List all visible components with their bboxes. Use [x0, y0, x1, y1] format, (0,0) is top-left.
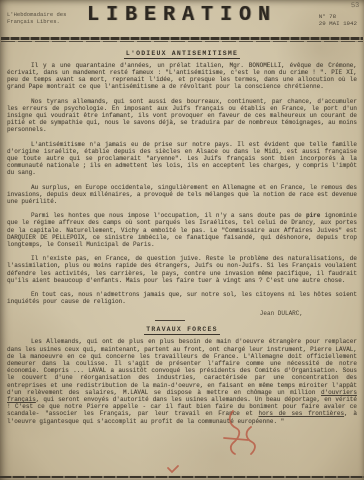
issue-number: N° 78 — [319, 13, 357, 20]
bottom-rule — [0, 476, 364, 478]
paragraph: Au surplus, en Europe occidentale, singu… — [7, 184, 357, 206]
paragraph: L'antisémitisme n'a jamais eu de prise s… — [7, 141, 357, 177]
issue-date: 29 MAI 1942 — [319, 20, 357, 27]
paragraph: Il y a une quarantaine d'années, un prél… — [7, 62, 357, 91]
paragraph: Nos tyrans allemands, qui sont aussi des… — [7, 98, 357, 134]
article-heading-antisemitisme: L'ODIEUX ANTISEMITISME — [7, 50, 357, 57]
rule-thick — [1, 37, 363, 40]
author-signature: Jean DULARC, — [7, 310, 357, 317]
issue-info: N° 78 29 MAI 1942 — [319, 4, 357, 27]
paragraph: En tout cas, nous n'admettrons jamais qu… — [7, 291, 357, 305]
article-heading-travaux: TRAVAUX FORCES — [7, 326, 357, 333]
paragraph: Les Allemands, qui ont de plus en plus b… — [7, 338, 357, 424]
paragraph: Parmi les hontes que nous impose l'occup… — [7, 212, 357, 248]
page-content: L'ODIEUX ANTISEMITISME Il y a une quaran… — [0, 42, 364, 425]
section-divider — [155, 320, 185, 321]
newspaper-page: 53 L'Hebdomadaire des Français Libres. L… — [0, 0, 364, 480]
masthead: L'Hebdomadaire des Français Libres. LIBE… — [0, 0, 364, 37]
paragraph: Il n'existe pas, en France, de question … — [7, 255, 357, 284]
newspaper-title: LIBERATION — [0, 3, 364, 27]
